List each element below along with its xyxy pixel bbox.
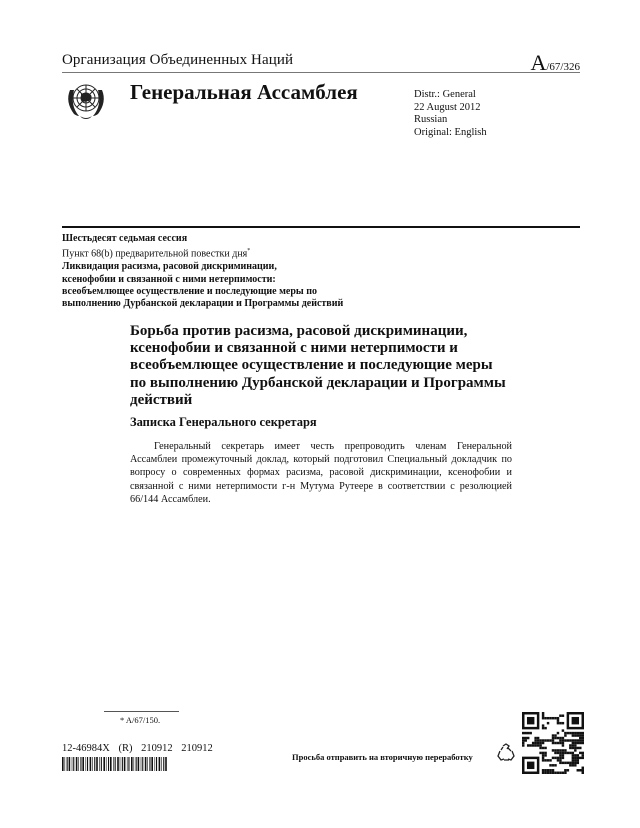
title-line: по выполнению Дурбанской декларации и Пр…: [130, 375, 530, 392]
barcode-icon: [62, 757, 167, 771]
agenda-topic-line: ксенофобии и связанной с ними нетерпимос…: [62, 274, 343, 286]
agenda-topic-line: выполнению Дурбанской декларации и Прогр…: [62, 298, 343, 310]
footnote-marker: *: [247, 248, 250, 254]
un-emblem-icon: [62, 80, 110, 122]
agenda-topic-line: Ликвидация расизма, расовой дискриминаци…: [62, 261, 343, 273]
date-line: 22 August 2012: [414, 102, 487, 115]
session-label: Шестьдесят седьмая сессия: [62, 233, 343, 245]
title-line: действий: [130, 392, 530, 409]
agenda-item: Пункт 68(b) предварительной повестки дня…: [62, 245, 343, 261]
footnote: * A/67/150.: [120, 715, 160, 725]
agenda-topic-line: всеобъемлющее осуществление и последующи…: [62, 286, 343, 298]
distribution-line: Distr.: General: [414, 89, 487, 102]
body-paragraph: Генеральный секретарь имеет честь препро…: [130, 440, 512, 506]
original-language-line: Original: English: [414, 127, 487, 140]
title-line: Борьба против расизма, расовой дискримин…: [130, 323, 530, 340]
title-line: ксенофобии и связанной с ними нетерпимос…: [130, 340, 530, 357]
job-number: 12-46984X (R) 210912 210912: [62, 743, 213, 754]
note-heading: Записка Генерального секретаря: [130, 415, 317, 430]
language-line: Russian: [414, 114, 487, 127]
distribution-block: Distr.: General 22 August 2012 Russian O…: [414, 89, 487, 139]
assembly-title: Генеральная Ассамблея: [130, 80, 358, 105]
agenda-item-text: Пункт 68(b) предварительной повестки дня: [62, 249, 247, 260]
recycle-icon: [494, 741, 518, 765]
header-divider: [62, 72, 580, 73]
section-divider: [62, 226, 580, 228]
organization-name: Организация Объединенных Наций: [62, 52, 293, 69]
footnote-divider: [104, 711, 179, 712]
title-line: всеобъемлющее осуществление и последующи…: [130, 357, 530, 374]
document-title: Борьба против расизма, расовой дискримин…: [130, 323, 530, 409]
recycle-note: Просьба отправить на вторичную переработ…: [292, 752, 473, 762]
agenda-block: Шестьдесят седьмая сессия Пункт 68(b) пр…: [62, 233, 343, 311]
qr-code-icon: [522, 712, 584, 774]
